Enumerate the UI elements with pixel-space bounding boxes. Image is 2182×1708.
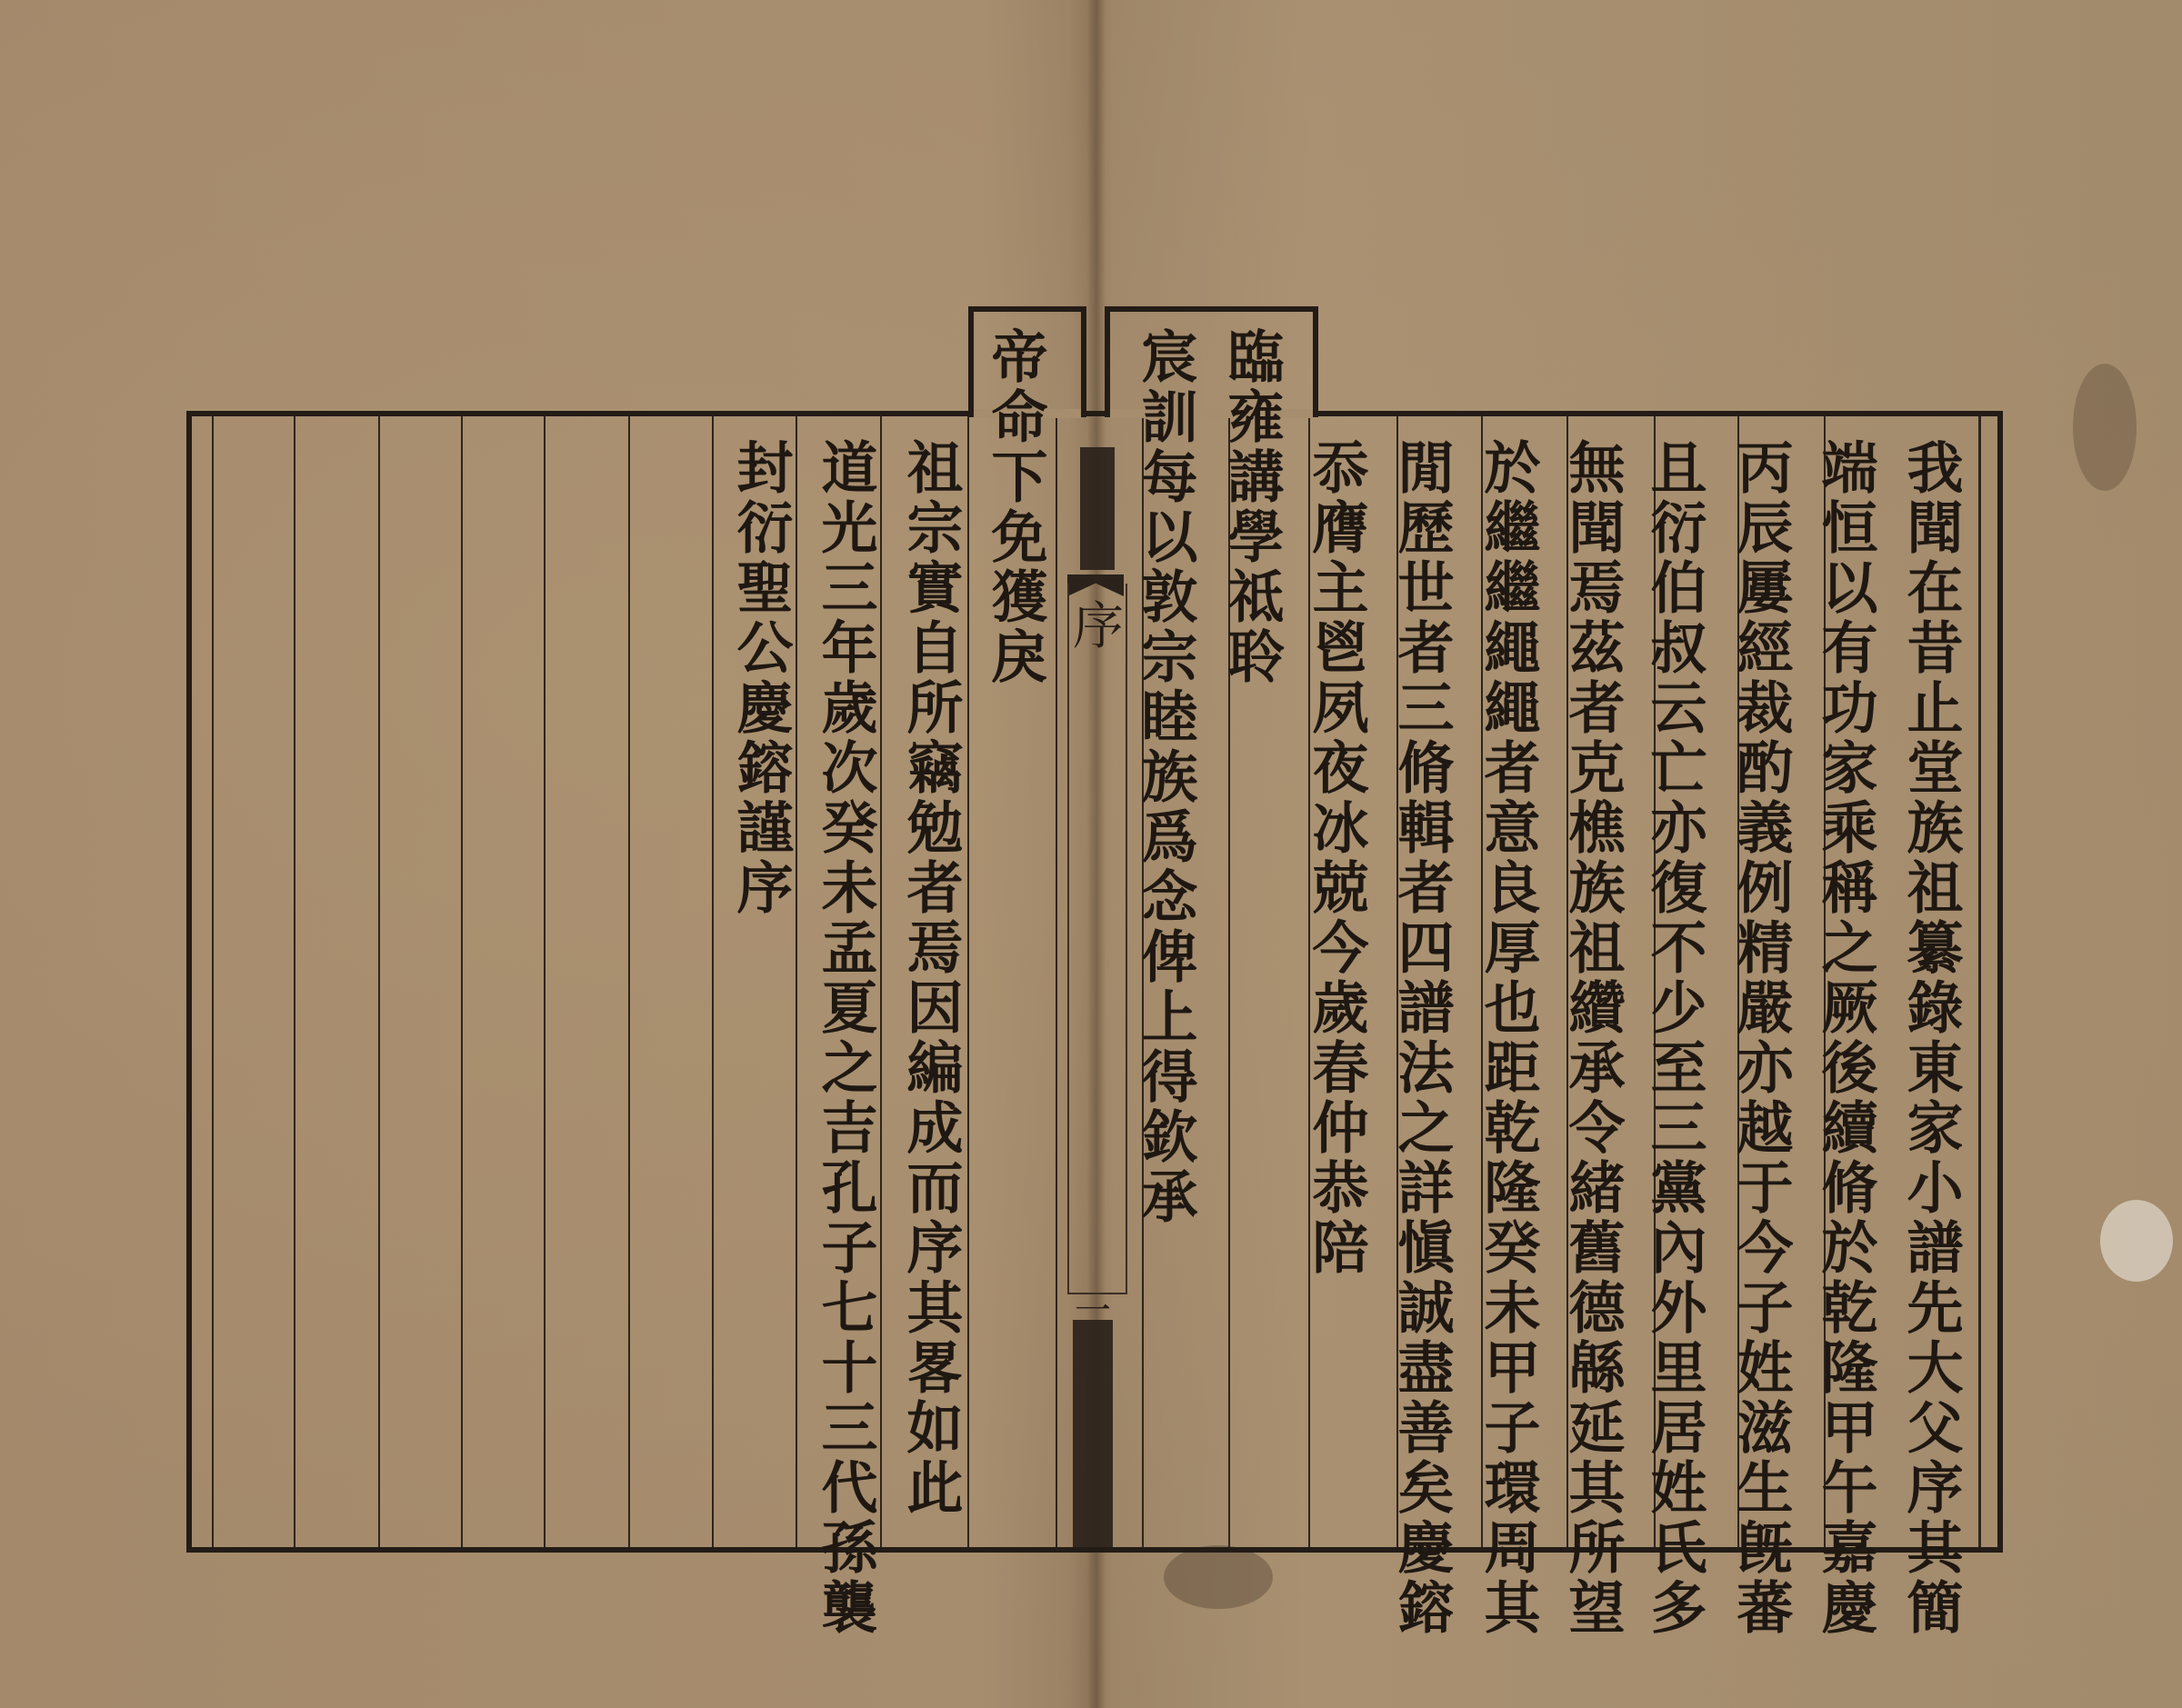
- text-column-r4: 且衍伯叔云亡亦復不少至三黨內外里居姓氏多: [1646, 438, 1702, 1638]
- text-column-r5: 無聞焉茲者克樵族祖纘承令緒舊德緜延其所望: [1564, 438, 1620, 1638]
- paper-stain: [1164, 1545, 1273, 1609]
- text-column-r6: 於繼繼繩繩者意良厚也距乾隆癸未甲子環周其: [1479, 438, 1536, 1638]
- text-column-l3-signature: 封衍聖公慶鎔謹序: [732, 438, 788, 918]
- column-rule: [796, 416, 797, 1547]
- black-fishtail-bottom: [1073, 1320, 1113, 1547]
- text-column-r7: 閒歷世者三脩輯者四譜法之詳愼誠盡善矣慶鎔: [1393, 438, 1449, 1638]
- fold-box: [1067, 584, 1127, 1294]
- paper-tear: [2100, 1200, 2173, 1282]
- fold-center-column: 序 一: [1064, 411, 1129, 1553]
- column-rule: [212, 416, 214, 1547]
- text-column-r8: 忝膺主鬯夙夜冰兢今歲春仲恭陪: [1307, 438, 1364, 1278]
- column-rule: [461, 416, 463, 1547]
- paper-stain: [2073, 364, 2137, 491]
- column-rule: [378, 416, 380, 1547]
- column-rule: [1978, 416, 1981, 1547]
- scanned-book-spread: 序 一 我聞在昔止堂族祖纂錄東家小譜先大父序其簡 端恒以有功家乘稱之厥後續脩於乾…: [0, 0, 2182, 1708]
- black-fishtail-top: [1080, 447, 1115, 570]
- text-column-r3: 丙辰屢經裁酌義例精嚴亦越于今子姓滋生旣蕃: [1732, 438, 1788, 1638]
- text-column-l2: 道光三年歲次癸未孟夏之吉孔子七十三代孫襲: [816, 438, 873, 1638]
- text-column-r1: 我聞在昔止堂族祖纂錄東家小譜先大父序其簡: [1902, 438, 1958, 1638]
- column-rule: [294, 416, 295, 1547]
- column-rule: [880, 416, 882, 1547]
- column-rule: [712, 416, 714, 1547]
- fold-section-title: 序: [1073, 602, 1124, 653]
- raised-column-linyong: 臨雍講學祗聆: [1223, 327, 1279, 687]
- column-rule: [967, 416, 969, 1547]
- raised-column-diming: 帝命下免獲戾: [986, 327, 1043, 687]
- raised-column-chenxun: 宸訓每以敦宗睦族爲念俾上得欽承: [1136, 327, 1193, 1227]
- text-column-l1: 祖宗實自所竊勉者焉因編成而序其畧如此: [902, 438, 958, 1518]
- text-column-r2: 端恒以有功家乘稱之厥後續脩於乾隆甲午嘉慶: [1817, 438, 1873, 1638]
- column-rule: [544, 416, 545, 1547]
- column-rule: [628, 416, 630, 1547]
- column-rule: [1056, 416, 1057, 1547]
